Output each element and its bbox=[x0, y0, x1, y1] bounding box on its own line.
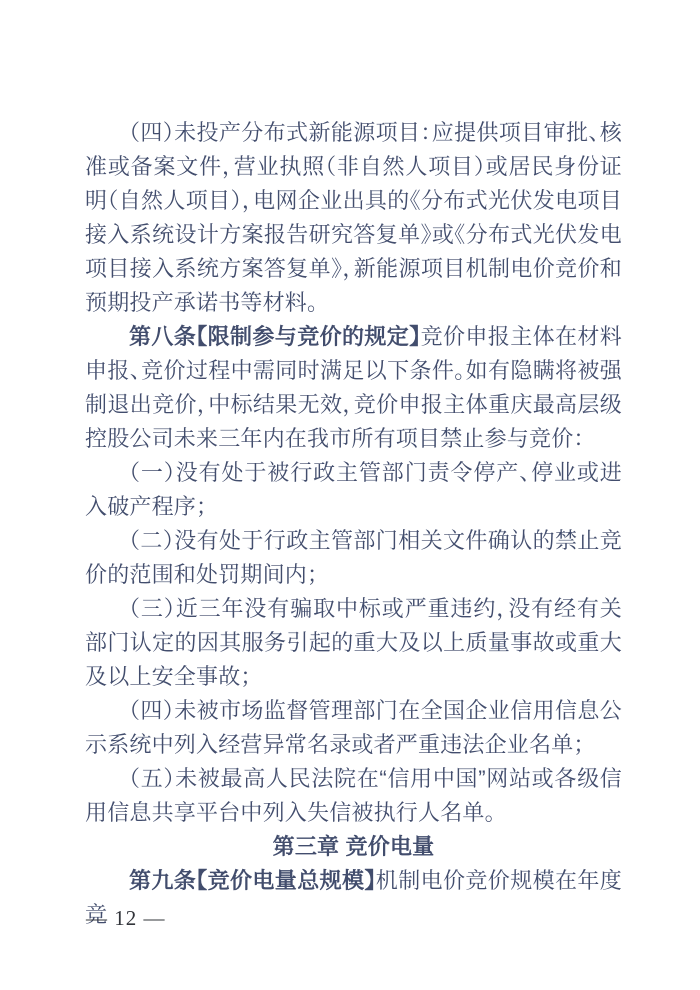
paragraph-text: （一）没有处于被行政主管部门责令停产、停业或进入破产程序； bbox=[85, 460, 622, 519]
paragraph-text: （三）近三年没有骗取中标或严重违约，没有经有关部门认定的因其服务引起的重大及以上… bbox=[85, 596, 622, 689]
paragraph-condition-1: （一）没有处于被行政主管部门责令停产、停业或进入破产程序； bbox=[85, 456, 622, 524]
paragraph-condition-4: （四）未被市场监督管理部门在全国企业信用信息公示系统中列入经营异常名录或者严重违… bbox=[85, 694, 622, 762]
article-8-label: 第八条【限制参与竞价的规定】 bbox=[129, 324, 421, 349]
paragraph-text: （四）未投产分布式新能源项目：应提供项目审批、核准或备案文件，营业执照（非自然人… bbox=[85, 120, 622, 315]
paragraph-condition-2: （二）没有处于行政主管部门相关文件确认的禁止竞价的范围和处罚期间内； bbox=[85, 524, 622, 592]
paragraph-text: （四）未被市场监督管理部门在全国企业信用信息公示系统中列入经营异常名录或者严重违… bbox=[85, 698, 622, 757]
document-page: { "page": { "background_color": "#ffffff… bbox=[0, 0, 700, 990]
paragraph-article-8: 第八条【限制参与竞价的规定】竞价申报主体在材料申报、竞价过程中需同时满足以下条件… bbox=[85, 320, 622, 456]
paragraph-condition-3: （三）近三年没有骗取中标或严重违约，没有经有关部门认定的因其服务引起的重大及以上… bbox=[85, 592, 622, 694]
document-body: （四）未投产分布式新能源项目：应提供项目审批、核准或备案文件，营业执照（非自然人… bbox=[85, 116, 622, 932]
paragraph-condition-5: （五）未被最高人民法院在“信用中国”网站或各级信用信息共享平台中列入失信被执行人… bbox=[85, 762, 622, 830]
paragraph-item4-materials: （四）未投产分布式新能源项目：应提供项目审批、核准或备案文件，营业执照（非自然人… bbox=[85, 116, 622, 320]
page-number: — 12 — bbox=[86, 905, 166, 931]
paragraph-text: （二）没有处于行政主管部门相关文件确认的禁止竞价的范围和处罚期间内； bbox=[85, 528, 622, 587]
chapter-3-heading: 第三章 竞价电量 bbox=[85, 830, 622, 864]
paragraph-text: （五）未被最高人民法院在“信用中国”网站或各级信用信息共享平台中列入失信被执行人… bbox=[85, 766, 622, 825]
article-9-label: 第九条【竞价电量总规模】 bbox=[129, 868, 376, 893]
